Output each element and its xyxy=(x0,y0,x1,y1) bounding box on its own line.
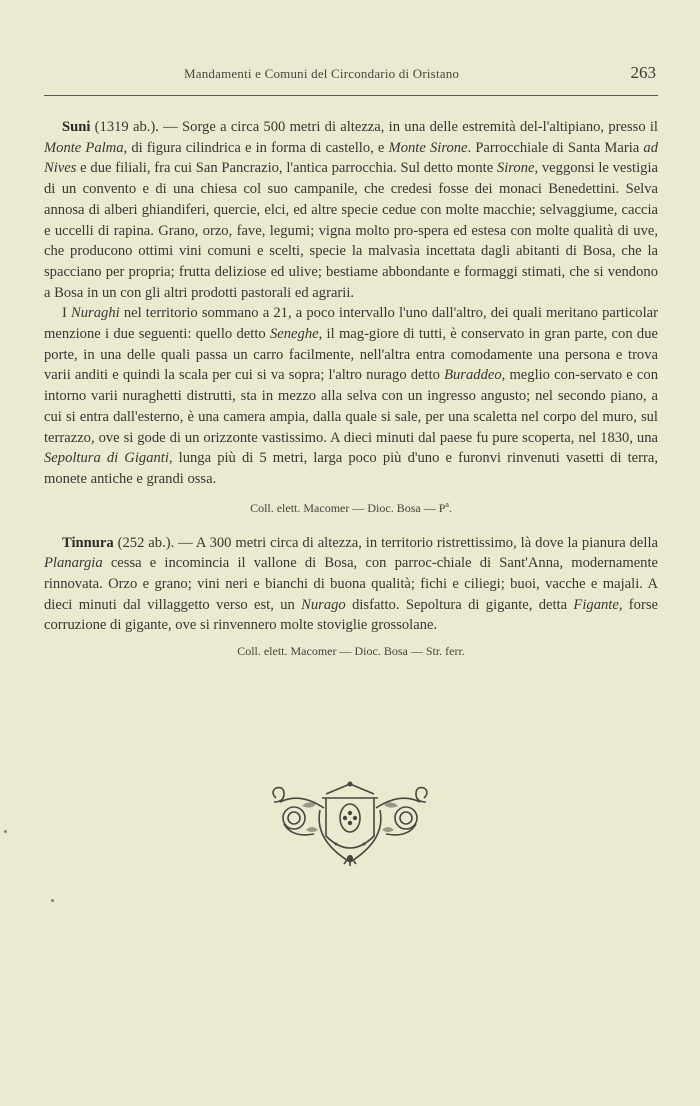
running-head-title: Mandamenti e Comuni del Circondario di O… xyxy=(184,66,459,82)
italic-term: Seneghe xyxy=(270,326,319,342)
entry-name: Tinnura xyxy=(62,535,114,551)
entry-footer: Coll. elett. Macomer — Dioc. Bosa — Pa. xyxy=(44,496,658,517)
entry-paragraph: Tinnura (252 ab.). — A 300 metri circa d… xyxy=(44,533,658,637)
text-run: , veggonsi le vestigia di un convento e … xyxy=(44,160,658,300)
text-run: — Sorge a circa 500 metri di altezza, in… xyxy=(159,119,658,135)
body-text: Suni (1319 ab.). — Sorge a circa 500 met… xyxy=(44,117,658,676)
scan-speck xyxy=(51,899,54,902)
italic-term: Monte Palma xyxy=(44,140,124,156)
text-run: , di figura cilindrica e in forma di cas… xyxy=(124,140,389,156)
italic-term: Figante xyxy=(573,597,618,613)
text-run: — A 300 metri circa di altezza, in terri… xyxy=(174,535,658,551)
entry-tinnura: Tinnura (252 ab.). — A 300 metri circa d… xyxy=(44,533,658,661)
running-head: Mandamenti e Comuni del Circondario di O… xyxy=(44,66,658,90)
entry-population: (252 ab.). xyxy=(118,535,175,551)
text-run: disfatto. Sepoltura di gigante, detta xyxy=(346,597,574,613)
text-run: e due filiali, fra cui San Pancrazio, l'… xyxy=(76,160,496,176)
text-run: I xyxy=(62,305,71,321)
text-run: . Parrocchiale di Santa Maria xyxy=(468,140,644,156)
scan-speck xyxy=(4,830,7,833)
italic-term: Sepoltura di Giganti xyxy=(44,450,169,466)
entry-footer-text: Coll. elett. Macomer — Dioc. Bosa — Str.… xyxy=(237,644,465,658)
italic-term: Sirone xyxy=(497,160,535,176)
entry-footer-suffix: . xyxy=(449,501,452,515)
paragraph-body: I Nuraghi nel territorio sommano a 21, a… xyxy=(44,305,658,487)
italic-term: Planargia xyxy=(44,555,103,571)
italic-term: Nuraghi xyxy=(71,305,120,321)
header-rule xyxy=(44,95,658,96)
ornamental-tailpiece-icon xyxy=(266,780,434,870)
italic-term: Monte Sirone xyxy=(389,140,468,156)
entry-paragraph: Suni (1319 ab.). — Sorge a circa 500 met… xyxy=(44,117,658,303)
entry-footer: Coll. elett. Macomer — Dioc. Bosa — Str.… xyxy=(44,642,658,660)
entry-footer-text: Coll. elett. Macomer — Dioc. Bosa — P xyxy=(250,501,445,515)
paragraph-body: — Sorge a circa 500 metri di altezza, in… xyxy=(44,119,658,301)
entry-name: Suni xyxy=(62,119,90,135)
entry-paragraph: I Nuraghi nel territorio sommano a 21, a… xyxy=(44,303,658,489)
entry-suni: Suni (1319 ab.). — Sorge a circa 500 met… xyxy=(44,117,658,517)
italic-term: Buraddeo xyxy=(444,367,502,383)
page-number: 263 xyxy=(631,63,657,83)
italic-term: Nurago xyxy=(301,597,346,613)
entry-population: (1319 ab.). xyxy=(95,119,159,135)
